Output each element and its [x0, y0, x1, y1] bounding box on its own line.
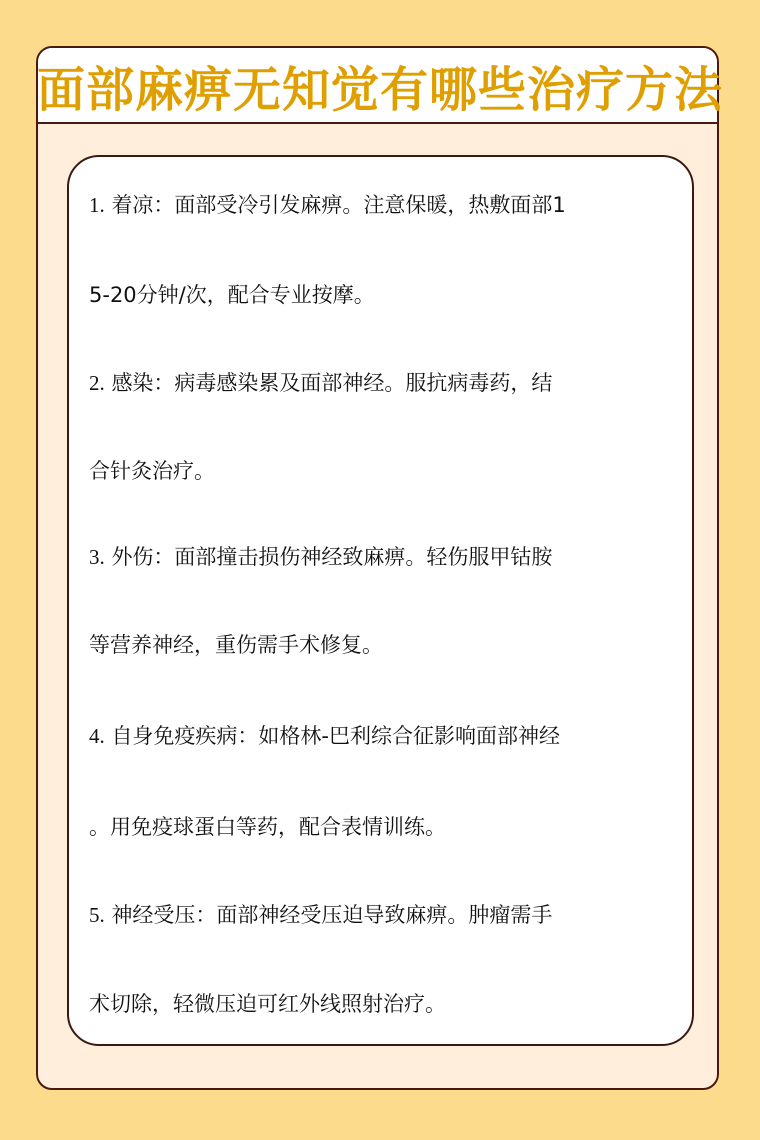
item-3-text-1: 外伤：面部撞击损伤神经致麻痹。轻伤服甲钴胺	[111, 545, 552, 569]
item-4-number: 4.	[89, 724, 105, 748]
item-3-number: 3.	[89, 545, 105, 569]
item-4-line-1: 4. 自身免疫疾病：如格林-巴利综合征影响面部神经	[89, 721, 560, 751]
item-2-line-1: 2. 感染：病毒感染累及面部神经。服抗病毒药，结	[89, 368, 552, 398]
item-1-line-1: 1. 着凉：面部受冷引发麻痹。注意保暖，热敷面部1	[89, 190, 566, 220]
item-4-line-2: 。用免疫球蛋白等药，配合表情训练。	[89, 812, 446, 842]
item-1-line-2: 5-20分钟/次，配合专业按摩。	[89, 280, 375, 310]
item-2-line-2: 合针灸治疗。	[89, 456, 215, 486]
item-2-text-1: 感染：病毒感染累及面部神经。服抗病毒药，结	[111, 371, 552, 395]
item-1-number: 1.	[89, 193, 105, 217]
item-5-number: 5.	[89, 903, 105, 927]
item-5-line-2: 术切除，轻微压迫可红外线照射治疗。	[89, 989, 446, 1019]
content-card: 1. 着凉：面部受冷引发麻痹。注意保暖，热敷面部1 5-20分钟/次，配合专业按…	[67, 155, 694, 1046]
page-title: 面部麻痹无知觉有哪些治疗方法	[30, 60, 730, 120]
item-2-number: 2.	[89, 371, 105, 395]
item-1-text-1: 着凉：面部受冷引发麻痹。注意保暖，热敷面部1	[111, 193, 565, 217]
item-4-text-1: 自身免疫疾病：如格林-巴利综合征影响面部神经	[111, 724, 560, 748]
item-3-line-1: 3. 外伤：面部撞击损伤神经致麻痹。轻伤服甲钴胺	[89, 542, 552, 572]
item-3-line-2: 等营养神经，重伤需手术修复。	[89, 630, 383, 660]
item-5-line-1: 5. 神经受压：面部神经受压迫导致麻痹。肿瘤需手	[89, 900, 552, 930]
item-5-text-1: 神经受压：面部神经受压迫导致麻痹。肿瘤需手	[111, 903, 552, 927]
